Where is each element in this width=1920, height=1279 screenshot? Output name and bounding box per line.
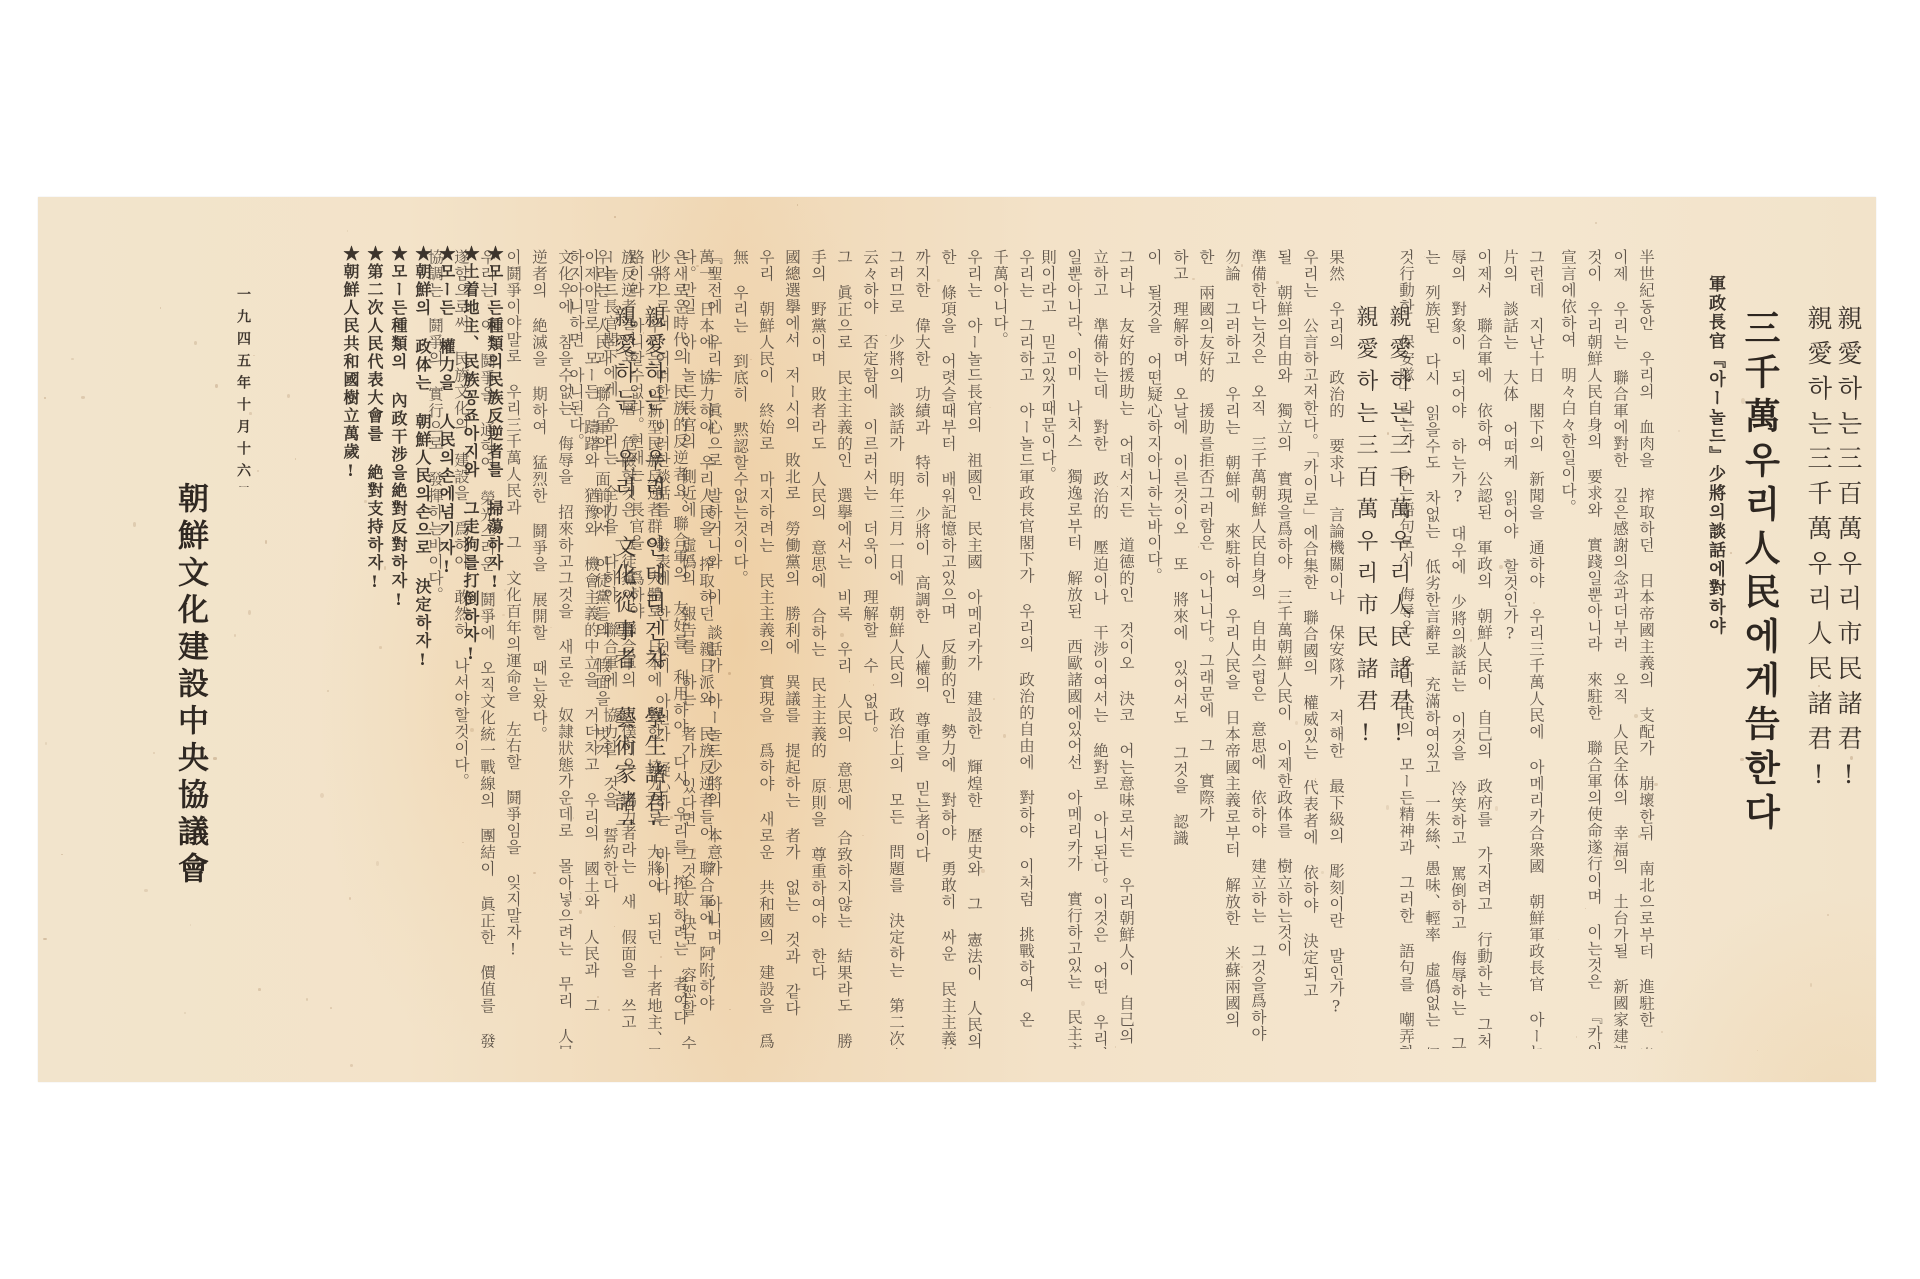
paper-fleck xyxy=(43,938,47,941)
paper-fleck xyxy=(1495,806,1498,811)
paper-fleck xyxy=(1386,805,1389,809)
paper-fleck xyxy=(1678,430,1679,432)
paper-fleck xyxy=(184,1012,186,1014)
paper-fleck xyxy=(379,646,383,649)
text-column: 이 될것을 어떤疑心하지아니하는바이다。 xyxy=(1141,249,1167,1049)
main-title: 三千萬우리人民에게告한다 xyxy=(1735,309,1786,989)
paper-fleck xyxy=(71,358,74,360)
paper-fleck xyxy=(492,409,496,414)
paper-fleck xyxy=(446,540,447,541)
paper-fleck xyxy=(330,1007,332,1009)
paper-fleck xyxy=(347,230,349,232)
paper-fleck xyxy=(1619,585,1623,589)
text-column: 이제서 聯合軍에 依하여 公認된 軍政의 朝鮮人民이 自己의 政府를 가지려고 … xyxy=(1471,249,1497,1049)
text-column: 그 眞正으로 民主主義的인 選擧에서는 비록 우리 人民의 意思에 合致하지않는… xyxy=(831,249,857,1049)
paper-fleck xyxy=(670,816,673,819)
paper-fleck xyxy=(1757,1050,1759,1051)
date: 一九四五年十月十六日 xyxy=(233,287,253,487)
leaflet-paper: 軍政長官『아ー놀드』少將의談話에對하야 三千萬우리人民에게告한다 親愛하는三千萬… xyxy=(38,197,1876,1082)
paper-fleck xyxy=(971,488,973,490)
paper-fleck xyxy=(1532,786,1533,787)
paper-fleck xyxy=(1192,278,1195,281)
text-column: 國總選擧에서 저ー시의 敗北로 勞働黨의 勝利에 異議를 提起하는 者가 없는 … xyxy=(779,249,805,1049)
slogan-item: ★朝鮮의 政体는 朝鮮人民의손으로 決定하자! xyxy=(411,245,434,785)
paper-fleck xyxy=(1279,600,1281,604)
text-column: 은새로운時代의 民族的反逆者요、聯合軍의 友好를 利用하야 다시 우리를 搾取하… xyxy=(667,249,693,1049)
paper-fleck xyxy=(194,341,198,345)
greeting-citizens: 親愛하는三百萬우리市民諸君! xyxy=(1830,305,1866,805)
text-column: 우리는 公言하고저한다。「카이로」에合集한 聯合國의 權威있는 代表者에 依하야… xyxy=(1297,249,1323,1049)
paper-fleck xyxy=(1730,552,1731,554)
paper-fleck xyxy=(133,522,137,527)
paper-fleck xyxy=(44,397,46,399)
paper-fleck xyxy=(244,486,245,487)
text-column: 하고 理解하며 오날에 이른것이오 또 將來에 있어서도 그것을 認識 xyxy=(1167,249,1193,1049)
text-column: 辱의 對象이 되어야 하는가? 대우에 少將의談話는 이것을 冷笑하고 罵倒하고… xyxy=(1445,249,1471,1049)
paper-fleck xyxy=(258,988,261,991)
paper-fleck xyxy=(692,848,696,853)
paper-fleck xyxy=(683,269,687,272)
text-column: 그러므로 少將의 談話가 明年三月一日에 朝鮮人民의 政治上의 모든 問題를 決… xyxy=(883,249,909,1049)
paper-fleck xyxy=(608,1009,610,1011)
paper-fleck xyxy=(1276,281,1278,284)
text-column: 文化우에 참을수없는 侮辱을 招來하고그것을 새로운 奴隷狀態가운데로 몰아넣으… xyxy=(552,249,578,1049)
paper-fleck xyxy=(1576,1036,1577,1037)
paper-fleck xyxy=(1595,222,1596,224)
paper-fleck xyxy=(1115,1046,1116,1048)
paper-fleck xyxy=(1470,639,1472,642)
greeting-culture-workers: 親愛하는 우리 文化從事者 藝術家諸君! xyxy=(608,305,639,825)
paper-fleck xyxy=(153,752,155,754)
text-column: 그러나 友好的援助는 어데서지든 道德的인 것이오 決코 어는意味로서든 우리朝… xyxy=(1113,249,1139,1049)
paper-fleck xyxy=(993,698,995,700)
paper-fleck xyxy=(249,412,251,415)
paper-fleck xyxy=(306,998,309,1001)
text-column: 立하고 準備하는데 對한 政治的 壓迫이나 干涉이여서는 絶對로 아니된다。이것… xyxy=(1087,249,1113,1049)
paper-fleck xyxy=(257,470,259,472)
paper-fleck xyxy=(840,633,844,637)
text-column: 無 우리는 到底히 黙認할수없는것이다。 xyxy=(727,249,753,1049)
text-column: 그런데 지난十日 閣下의 新聞을 通하야 우리三千萬人民에 아메리카合衆國 朝鮮… xyxy=(1523,249,1549,1049)
paper-fleck xyxy=(533,872,536,874)
organization-name: 朝鮮文化建設中央協議會 xyxy=(168,482,213,902)
slogan-item: ★모ー든種類의 內政干涉을絶對反對하자! xyxy=(387,245,410,785)
paper-fleck xyxy=(947,666,948,667)
paper-fleck xyxy=(1003,734,1006,738)
paper-fleck xyxy=(364,500,366,503)
paper-fleck xyxy=(1740,758,1743,761)
text-column: 우리는 그리하고 아ー놀드軍政長官閣下가 우리의 政治的自由에 對하야 이처럼 … xyxy=(1013,249,1039,1049)
paper-fleck xyxy=(1424,256,1425,257)
text-column: 逆者의 絶滅을 期하여 猛烈한 鬪爭을 展開할 때는왔다。 xyxy=(526,249,552,1049)
paper-fleck xyxy=(287,394,290,398)
paper-fleck xyxy=(873,684,874,686)
paper-fleck xyxy=(234,634,236,637)
text-column: 半世紀동안 우리의 血肉을 搾取하던 日本帝國主義의 支配가 崩壞한뒤 南北으로… xyxy=(1633,249,1659,1049)
paper-fleck xyxy=(1081,1001,1085,1006)
text-column: 이제 우리는 聯合軍에對한 깊은感謝의念과더부러 오직 人民全体의 幸福의 土台… xyxy=(1607,249,1633,1049)
paper-fleck xyxy=(265,540,268,543)
paper-fleck xyxy=(144,889,148,892)
paper-fleck xyxy=(1128,323,1130,326)
paper-fleck xyxy=(1613,855,1617,861)
paper-fleck xyxy=(849,681,850,682)
text-column: 千萬아니다。 xyxy=(987,249,1013,1049)
paper-fleck xyxy=(1306,374,1308,376)
text-column: 手의 野黨이며 敗者라도 人民의 意思에 合하는 民主主義的 原則을 尊重하여야… xyxy=(805,249,831,1049)
paper-fleck xyxy=(1070,818,1072,820)
paper-fleck xyxy=(729,1009,730,1010)
paper-fleck xyxy=(327,690,329,692)
paper-fleck xyxy=(1810,983,1813,987)
paper-fleck xyxy=(349,897,351,900)
slogan-item: ★土着地主、民族꽁죠아지와 그走狗를打倒하자! xyxy=(459,245,482,785)
text-column: 云々하야 否定함에 이르러서는 더욱이 理解할 수 없다。 xyxy=(857,249,883,1049)
paper-fleck xyxy=(295,458,297,459)
paper-fleck xyxy=(248,610,251,615)
text-column: 勿論 그러하고 우리는 朝鮮에 來駐하여 우리人民을 日本帝國主義로부터 解放한… xyxy=(1219,249,1245,1049)
text-column: 될 朝鮮의自由와 獨立의 實現을爲하야 三千萬朝鮮人民이 이제한政体를 樹立하는… xyxy=(1271,249,1297,1049)
paper-fleck xyxy=(61,854,62,855)
slogan-item: ★朝鮮人民共和國樹立萬歲! xyxy=(339,245,362,785)
paper-fleck xyxy=(81,396,85,398)
text-column: 일뿐아니라、이미 나치스 獨逸로부터 解放된 西歐諸國에있어선 아메리카가 實行… xyxy=(1061,249,1087,1049)
paper-fleck xyxy=(614,216,616,218)
text-column: 것이 우리朝鮮人民自身의 要求와 實踐일뿐아니라 來駐한 聯合軍의使命遂行이며 … xyxy=(1581,249,1607,1049)
paper-fleck xyxy=(253,355,255,356)
text-column: 宣言에依하여 明々白々한일이다。 xyxy=(1555,249,1581,1049)
paper-fleck xyxy=(792,796,793,797)
paper-fleck xyxy=(1241,264,1243,267)
text-column: 한 條項을 어렷슬때부터 배워記憶하고있으며 反動的인 勢力에 對하야 勇敢히 … xyxy=(935,249,961,1049)
paper-fleck xyxy=(1741,398,1745,403)
paper-fleck xyxy=(213,757,217,759)
text-column: 우리 朝鮮人民이 終始로 마지하려는 民主主義의 實現을 爲하야 새로운 共和國… xyxy=(753,249,779,1049)
paper-fleck xyxy=(215,384,218,389)
paper-fleck xyxy=(1827,914,1829,916)
paper-fleck xyxy=(190,924,191,926)
slogan-item: ★모ー든 權力을 人民의손에넘기자! xyxy=(435,245,458,785)
paper-fleck xyxy=(1661,1031,1663,1033)
text-column: 果然 우리의 政治的 要求나 言論機關이나 保安隊가 저해한 最下級의 彫刻이란… xyxy=(1323,249,1349,1049)
paper-fleck xyxy=(160,307,162,309)
text-column: 準備한다는것은 오직 三千萬朝鮮人民自身의 自由스럽은 意思에 依하야 建立하는… xyxy=(1245,249,1271,1049)
paper-fleck xyxy=(792,273,796,278)
paper-fleck xyxy=(579,910,582,914)
text-column: 는 列族된 다시 읽을수도 차없는 低劣한言辭로 充滿하여있고 一朱絲、愚味、輕… xyxy=(1419,249,1445,1049)
paper-fleck xyxy=(470,728,474,732)
paper-fleck xyxy=(45,742,47,745)
greeting-citizens-2: 親愛하는三百萬우리市民諸君! xyxy=(1350,305,1381,765)
text-column: 萬一 日本에 協力하야 우리人民을 搾取하던 親日派와 民族反逆者들이 聯合軍에… xyxy=(693,249,719,1049)
paper-fleck xyxy=(1654,783,1658,786)
paper-fleck xyxy=(350,1064,353,1067)
subtitle: 軍政長官『아ー놀드』少將의談話에對하야 xyxy=(1703,275,1728,995)
paper-fleck xyxy=(1296,353,1298,354)
greeting-intelligentsia: 親愛하는 우리 인테리겐챠 學生諸君! xyxy=(638,305,669,825)
paper-fleck xyxy=(597,996,599,998)
paper-fleck xyxy=(544,712,547,716)
text-column: 까지한 偉大한 功績과 特히 少將이 高調한 人權의 尊重을 믿는者이다 xyxy=(909,249,935,1049)
text-column: 우리는 아ー놀드長官의 祖國인 民主國 아메리카가 建設한 輝煌한 歷史와 그 … xyxy=(961,249,987,1049)
paper-fleck xyxy=(344,440,345,441)
slogan-item: ★모ー든種類의民族反逆者를 掃蕩하자! xyxy=(483,245,506,785)
slogan-item: ★第二次人民代表大會를 絶對支持하자! xyxy=(363,245,386,785)
text-column: 이제야말로 모ー든 躊躇와 猶豫와 機會主義的中立을 거더차고 우리의 國土와 … xyxy=(578,249,604,1049)
greeting-people-2: 親愛하는三千萬우리人民諸君! xyxy=(1383,305,1414,765)
paper-fleck xyxy=(376,861,379,866)
paper-fleck xyxy=(797,204,798,205)
text-column: 片의 談話는 大体 어떠케 읽어야 할것인가? xyxy=(1497,249,1523,1049)
text-column: 한 兩國의友好的 援助를拒否그러함은 아니니다。그래문에 그 實際가 xyxy=(1193,249,1219,1049)
paper-fleck xyxy=(320,793,324,798)
